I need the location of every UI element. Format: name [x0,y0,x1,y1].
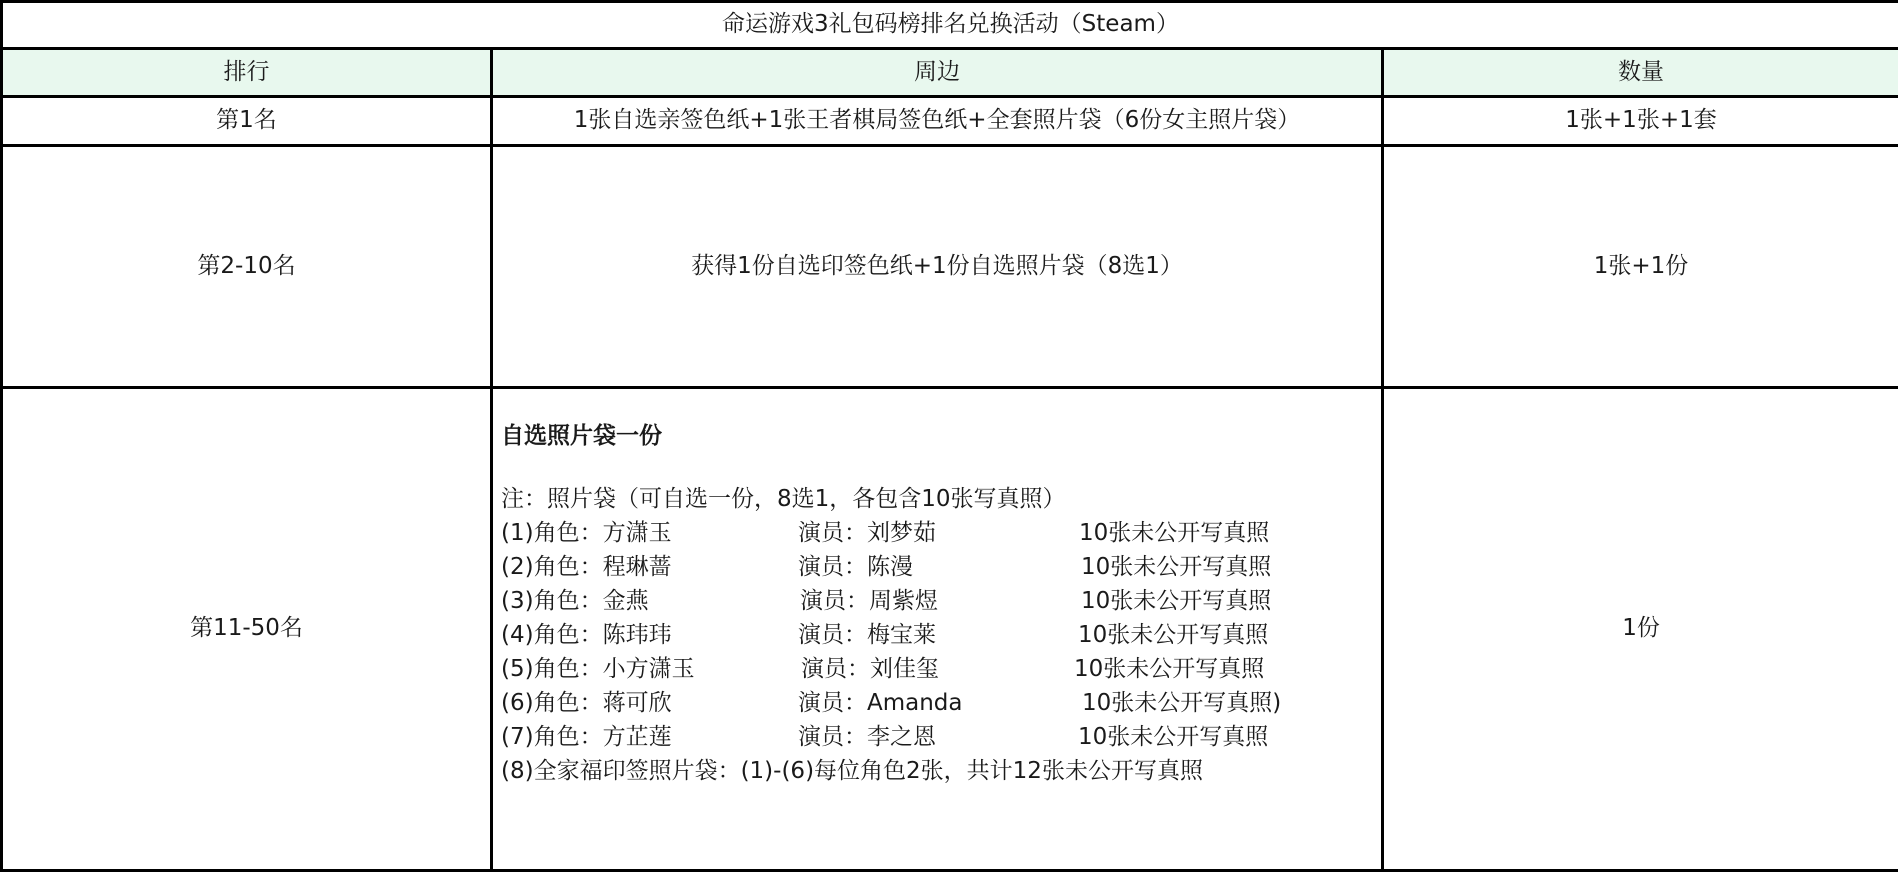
character-photos: 10张未公开写真照 [1074,652,1264,686]
character-line: (1)角色：方潇玉 演员：刘梦茹 10张未公开写真照 [501,516,1381,550]
header-items[interactable]: 周边 [492,49,1383,97]
items-cell[interactable]: 获得1份自选印签色纸+1份自选照片袋（8选1） [492,146,1383,388]
character-line: (7)角色：方芷莲 演员：李之恩 10张未公开写真照 [501,720,1381,754]
detail-note: 注：照片袋（可自选一份，8选1，各包含10张写真照） [501,482,1381,516]
character-line: (3)角色：金燕 演员：周紫煜 10张未公开写真照 [501,584,1381,618]
rank-cell[interactable]: 第11-50名 [2,388,492,871]
items-detail-cell[interactable]: 自选照片袋一份 注：照片袋（可自选一份，8选1，各包含10张写真照） (1)角色… [492,388,1383,871]
rewards-table: 命运游戏3礼包码榜排名兑换活动（Steam） 排行 周边 数量 第1名 1张自选… [0,0,1898,872]
character-role: (3)角色：金燕 [501,584,649,618]
character-photos: 10张未公开写真照 [1079,516,1269,550]
character-role: (1)角色：方潇玉 [501,516,672,550]
character-actor: 演员：梅宝莱 [798,618,936,652]
character-line: (2)角色：程琳蔷 演员：陈漫 10张未公开写真照 [501,550,1381,584]
family-photo-line: (8)全家福印签照片袋：(1)-(6)每位角色2张，共计12张未公开写真照 [501,754,1381,788]
table-row: 第1名 1张自选亲签色纸+1张王者棋局签色纸+全套照片袋（6份女主照片袋） 1张… [2,97,1898,146]
character-actor: 演员：刘梦茹 [798,516,936,550]
character-line: (5)角色：小方潇玉 演员：刘佳玺 10张未公开写真照 [501,652,1381,686]
table-title[interactable]: 命运游戏3礼包码榜排名兑换活动（Steam） [2,2,1898,49]
character-photos: 10张未公开写真照) [1082,686,1281,720]
title-row: 命运游戏3礼包码榜排名兑换活动（Steam） [2,2,1898,49]
character-actor: 演员：Amanda [798,686,963,720]
header-rank[interactable]: 排行 [2,49,492,97]
character-actor: 演员：刘佳玺 [801,652,939,686]
quantity-cell[interactable]: 1份 [1383,388,1898,871]
character-actor: 演员：李之恩 [798,720,936,754]
character-role: (7)角色：方芷莲 [501,720,672,754]
table-row: 第11-50名 自选照片袋一份 注：照片袋（可自选一份，8选1，各包含10张写真… [2,388,1898,871]
items-cell[interactable]: 1张自选亲签色纸+1张王者棋局签色纸+全套照片袋（6份女主照片袋） [492,97,1383,146]
character-actor: 演员：周紫煜 [800,584,938,618]
quantity-cell[interactable]: 1张+1张+1套 [1383,97,1898,146]
header-row: 排行 周边 数量 [2,49,1898,97]
character-role: (5)角色：小方潇玉 [501,652,695,686]
character-photos: 10张未公开写真照 [1078,720,1268,754]
character-role: (2)角色：程琳蔷 [501,550,672,584]
character-photos: 10张未公开写真照 [1081,550,1271,584]
character-role: (6)角色：蒋可欣 [501,686,672,720]
quantity-cell[interactable]: 1张+1份 [1383,146,1898,388]
rank-cell[interactable]: 第1名 [2,97,492,146]
rank-cell[interactable]: 第2-10名 [2,146,492,388]
character-line: (4)角色：陈玮玮 演员：梅宝莱 10张未公开写真照 [501,618,1381,652]
header-quantity[interactable]: 数量 [1383,49,1898,97]
detail-heading: 自选照片袋一份 [501,422,1381,450]
character-photos: 10张未公开写真照 [1081,584,1271,618]
character-line: (6)角色：蒋可欣 演员：Amanda 10张未公开写真照) [501,686,1381,720]
character-actor: 演员：陈漫 [798,550,913,584]
character-role: (4)角色：陈玮玮 [501,618,672,652]
table-row: 第2-10名 获得1份自选印签色纸+1份自选照片袋（8选1） 1张+1份 [2,146,1898,388]
items-detail: 自选照片袋一份 注：照片袋（可自选一份，8选1，各包含10张写真照） (1)角色… [493,389,1381,788]
character-photos: 10张未公开写真照 [1078,618,1268,652]
